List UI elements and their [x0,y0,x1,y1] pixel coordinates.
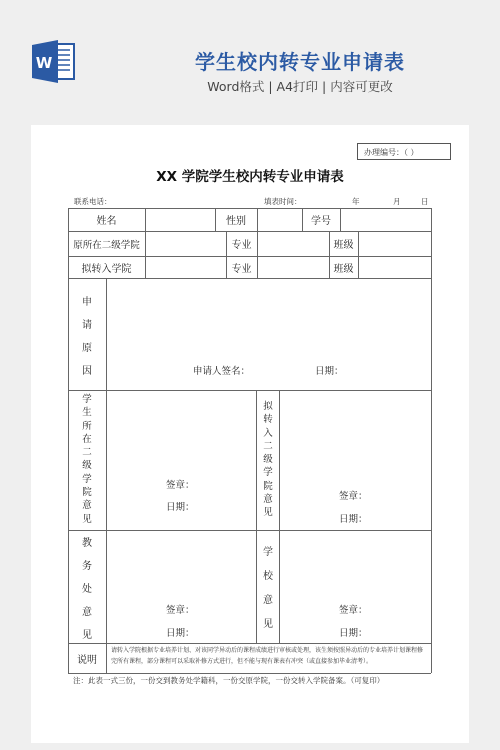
processing-number-box: 办理编号：（ ） [357,143,451,160]
target-major-label: 专业 [226,256,257,278]
target-college-opinion-field[interactable] [280,391,430,529]
academic-affairs-stamp-label: 签章： [166,602,195,616]
gender-label: 性别 [215,208,257,231]
phone-label: 联系电话： [74,196,112,207]
explanation-label: 说明 [68,643,106,673]
applicant-signature-label: 申请人签名： [193,363,250,377]
original-college-opinion-label: 学 生 所 在 二 级 学 院 意 见 [80,393,94,526]
page-subtitle: Word格式 | A4打印 | 内容可更改 [150,77,450,95]
target-college-stamp-label: 签章： [339,488,368,502]
school-opinion-label: 学 校 意 见 [261,543,275,639]
target-class-label: 班级 [329,256,358,278]
student-id-label: 学号 [302,208,340,231]
target-class-field[interactable] [358,256,431,278]
academic-affairs-opinion-label: 教 务 处 意 见 [80,534,94,649]
year-label: 年 [352,196,360,207]
reason-label: 申 请 原 因 [80,293,94,385]
document-page: 办理编号：（ ） XX 学院学生校内转专业申请表 联系电话： 填表时间： 年 月… [31,125,469,743]
original-class-field[interactable] [358,231,431,256]
name-label: 姓名 [68,208,145,231]
target-college-label: 拟转入学院 [68,256,145,278]
school-stamp-label: 签章： [339,602,368,616]
original-major-label: 专业 [226,231,257,256]
reason-field[interactable] [107,279,430,389]
applicant-date-label: 日期： [315,363,344,377]
fill-time-label: 填表时间： [264,196,302,207]
target-college-field[interactable] [145,256,226,278]
day-label: 日 [421,196,429,207]
target-college-date-label: 日期： [339,511,368,525]
gender-field[interactable] [257,208,302,231]
academic-affairs-date-label: 日期： [166,625,195,639]
student-id-field[interactable] [340,208,431,231]
original-college-date-label: 日期： [166,499,195,513]
footnote: 注：此表一式三份，一份交到教务处学籍科，一份交原学院，一份交转入学院备案。（可复… [73,675,384,686]
original-college-field[interactable] [145,231,226,256]
target-major-field[interactable] [257,256,329,278]
word-icon: W [32,40,76,83]
original-college-label: 原所在二级学院 [68,231,145,256]
page-title: 学生校内转专业申请表 [150,46,450,75]
school-date-label: 日期： [339,625,368,639]
original-major-field[interactable] [257,231,329,256]
original-class-label: 班级 [329,231,358,256]
explanation-text: 请转入学院根据专业培养计划、对该同学异动后的课程成绩进行审核或处理，该生须按照异… [111,645,428,667]
target-college-opinion-label: 拟 转 入 二 级 学 院 意 见 [261,400,275,520]
document-title: XX 学院学生校内转专业申请表 [31,165,469,185]
svg-text:W: W [36,54,53,72]
month-label: 月 [393,196,401,207]
name-field[interactable] [145,208,215,231]
original-college-stamp-label: 签章： [166,477,195,491]
